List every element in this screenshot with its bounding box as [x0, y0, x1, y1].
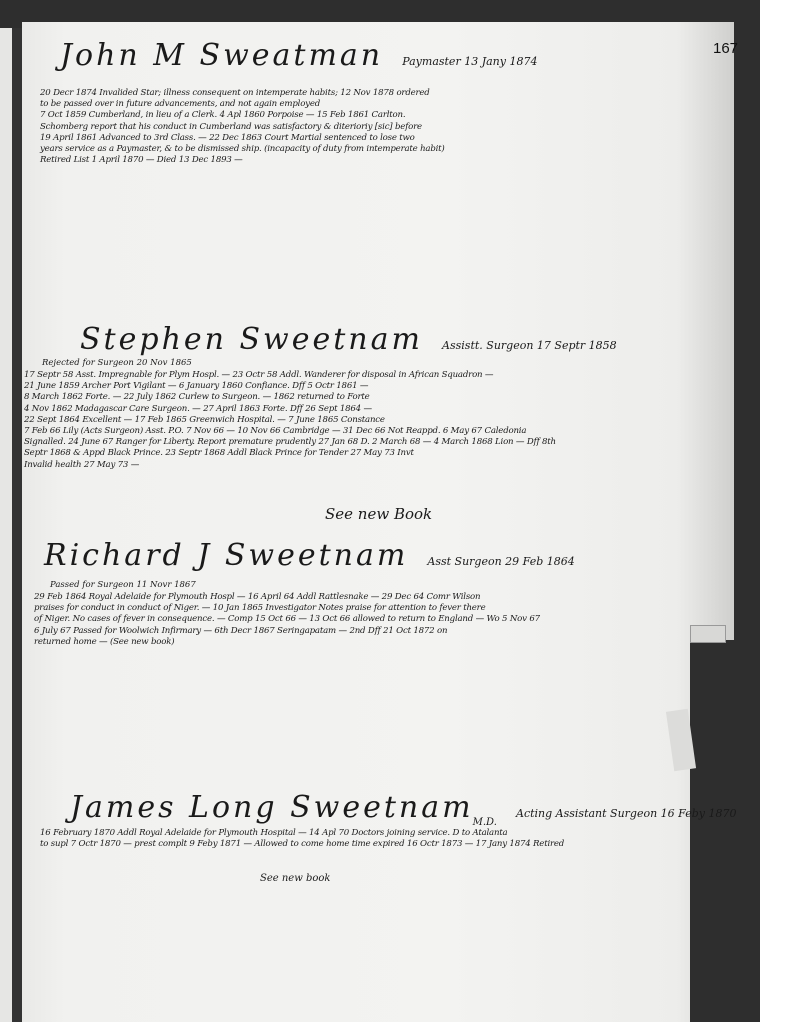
entry-name: John M Sweatman — [60, 38, 383, 73]
entry-note: Passed for Surgeon 11 Novr 1867 — [50, 580, 196, 590]
paper-tab — [690, 625, 726, 643]
record-line: returned home — (See new book) — [34, 637, 540, 648]
entry-rank: Paymaster 13 Jany 1874 — [402, 55, 537, 68]
record-line: 17 Septr 58 Asst. Impregnable for Plym H… — [24, 370, 556, 381]
see-new-book-note: See new Book — [325, 505, 432, 523]
record-line: of Niger. No cases of fever in consequen… — [34, 614, 540, 625]
entry-suffix: M.D. — [473, 817, 497, 828]
torn-page-edge — [690, 640, 738, 1022]
previous-page-edge — [0, 28, 12, 1022]
record-line: to supl 7 Octr 1870 — prest complt 9 Feb… — [40, 839, 564, 850]
entry-note: Rejected for Surgeon 20 Nov 1865 — [42, 358, 192, 368]
entry-stephen-sweetnam: Stephen Sweetnam Assistt. Surgeon 17 Sep… — [80, 322, 617, 357]
record-line: 22 Sept 1864 Excellent — 17 Feb 1865 Gre… — [24, 415, 556, 426]
record-line: Invalid health 27 May 73 — — [24, 460, 556, 471]
entry-richard-sweetnam: Richard J Sweetnam Asst Surgeon 29 Feb 1… — [44, 538, 575, 573]
entry-name: Stephen Sweetnam — [80, 322, 423, 357]
record-line: Retired List 1 April 1870 — Died 13 Dec … — [40, 155, 445, 166]
record-line: 4 Nov 1862 Madagascar Care Surgeon. — 27… — [24, 404, 556, 415]
entry-rank: Acting Assistant Surgeon 16 Feby 1870 — [516, 807, 736, 820]
entry-rank: Asst Surgeon 29 Feb 1864 — [427, 555, 574, 568]
record-line: praises for conduct in conduct of Niger.… — [34, 603, 540, 614]
entry-james-sweetnam: James Long Sweetnam M.D. Acting Assistan… — [70, 790, 736, 825]
record-line: 20 Decr 1874 Invalided Star; illness con… — [40, 88, 445, 99]
record-line: 7 Feb 66 Lily (Acts Surgeon) Asst. P.O. … — [24, 426, 556, 437]
entry-name: Richard J Sweetnam — [44, 538, 408, 573]
entry-james-sweetnam-record: 16 February 1870 Addl Royal Adelaide for… — [40, 828, 564, 850]
entry-john-sweatman-record: 20 Decr 1874 Invalided Star; illness con… — [40, 88, 445, 166]
record-line: Schomberg report that his conduct in Cum… — [40, 122, 445, 133]
record-line: 6 July 67 Passed for Woolwich Infirmary … — [34, 626, 540, 637]
record-line: years service as a Paymaster, & to be di… — [40, 144, 445, 155]
record-line: Signalled. 24 June 67 Ranger for Liberty… — [24, 437, 556, 448]
record-line: 29 Feb 1864 Royal Adelaide for Plymouth … — [34, 592, 540, 603]
record-line: to be passed over in future advancements… — [40, 99, 445, 110]
record-line: 16 February 1870 Addl Royal Adelaide for… — [40, 828, 564, 839]
entry-john-sweatman: John M Sweatman Paymaster 13 Jany 1874 — [60, 38, 537, 73]
record-line: 21 June 1859 Archer Port Vigilant — 6 Ja… — [24, 381, 556, 392]
record-line: Septr 1868 & Appd Black Prince. 23 Septr… — [24, 448, 556, 459]
page-number: 167 — [713, 40, 738, 57]
record-line: 8 March 1862 Forte. — 22 July 1862 Curle… — [24, 392, 556, 403]
see-new-book-note-bottom: See new book — [260, 873, 330, 884]
entry-name: James Long Sweetnam — [70, 790, 474, 825]
entry-richard-sweetnam-record: 29 Feb 1864 Royal Adelaide for Plymouth … — [34, 592, 540, 648]
entry-rank: Assistt. Surgeon 17 Septr 1858 — [442, 339, 617, 352]
book-gutter — [12, 28, 22, 1022]
record-line: 7 Oct 1859 Cumberland, in lieu of a Cler… — [40, 110, 445, 121]
entry-stephen-sweetnam-record: 17 Septr 58 Asst. Impregnable for Plym H… — [24, 370, 556, 471]
record-line: 19 April 1861 Advanced to 3rd Class. — 2… — [40, 133, 445, 144]
